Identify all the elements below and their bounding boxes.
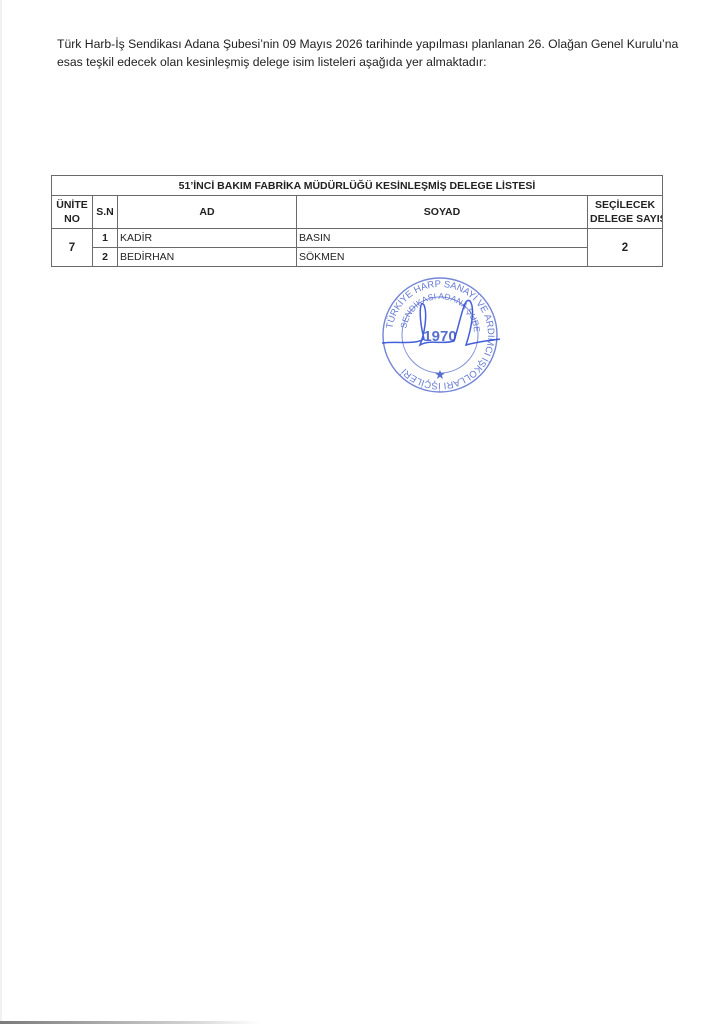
cell-sn: 2 bbox=[93, 248, 118, 267]
header-unite-no: ÜNİTE NO bbox=[52, 196, 93, 229]
delegate-list-table: 51’İNCİ BAKIM FABRİKA MÜDÜRLÜĞÜ KESİNLEŞ… bbox=[51, 175, 663, 267]
header-secilecek-line2: DELEGE SAYISI bbox=[590, 212, 660, 226]
header-secilecek-delege-sayisi: SEÇİLECEK DELEGE SAYISI bbox=[588, 196, 663, 229]
official-stamp: TÜRKİYE HARP SANAYİ VE ARDIMCI İŞKOLLARI… bbox=[380, 275, 500, 395]
cell-soyad: BASIN bbox=[297, 229, 588, 248]
cell-soyad: SÖKMEN bbox=[297, 248, 588, 267]
stamp-seal-icon: TÜRKİYE HARP SANAYİ VE ARDIMCI İŞKOLLARI… bbox=[380, 275, 500, 395]
table-title: 51’İNCİ BAKIM FABRİKA MÜDÜRLÜĞÜ KESİNLEŞ… bbox=[52, 176, 663, 196]
table-header-row: ÜNİTE NO S.N AD SOYAD SEÇİLECEK DELEGE S… bbox=[52, 196, 663, 229]
header-secilecek-line1: SEÇİLECEK bbox=[590, 198, 660, 212]
table-row: 7 1 KADİR BASIN 2 bbox=[52, 229, 663, 248]
cell-secilecek-delege-sayisi: 2 bbox=[588, 229, 663, 267]
intro-paragraph: Türk Harb-İş Sendikası Adana Şubesi’nin … bbox=[57, 35, 687, 71]
cell-unite-no: 7 bbox=[52, 229, 93, 267]
header-ad: AD bbox=[118, 196, 297, 229]
table-title-row: 51’İNCİ BAKIM FABRİKA MÜDÜRLÜĞÜ KESİNLEŞ… bbox=[52, 176, 663, 196]
stamp-star-icon: ★ bbox=[434, 368, 446, 383]
header-sn: S.N bbox=[93, 196, 118, 229]
header-unite-no-line1: ÜNİTE bbox=[54, 198, 90, 212]
cell-ad: KADİR bbox=[118, 229, 297, 248]
cell-sn: 1 bbox=[93, 229, 118, 248]
header-unite-no-line2: NO bbox=[54, 212, 90, 226]
intro-line-2: esas teşkil edecek olan kesinleşmiş dele… bbox=[57, 53, 687, 71]
cell-ad: BEDİRHAN bbox=[118, 248, 297, 267]
scan-edge-left bbox=[0, 0, 2, 1024]
header-soyad: SOYAD bbox=[297, 196, 588, 229]
table-row: 2 BEDİRHAN SÖKMEN bbox=[52, 248, 663, 267]
intro-line-1: Türk Harb-İş Sendikası Adana Şubesi’nin … bbox=[57, 35, 687, 53]
